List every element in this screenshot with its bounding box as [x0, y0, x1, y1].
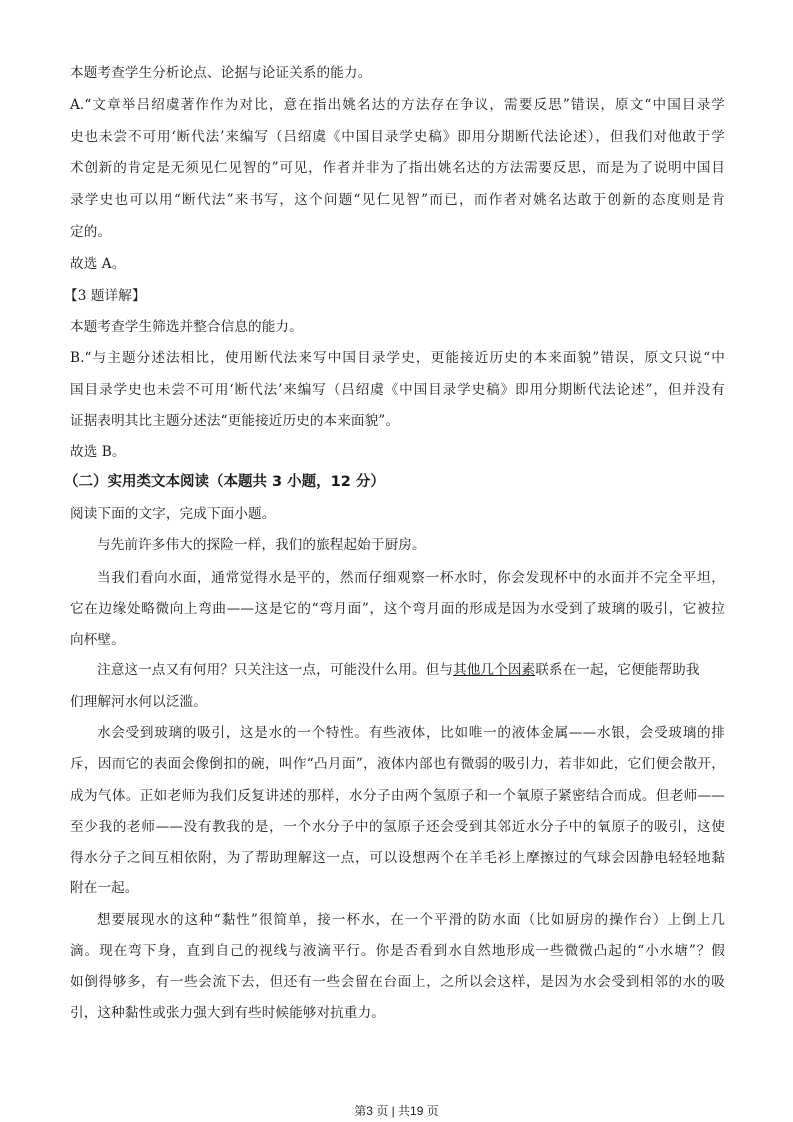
- instruction-text: 阅读下面的文字，完成下面小题。: [70, 505, 725, 523]
- text-line: 本题考查学生分析论点、论据与论证关系的能力。: [70, 64, 725, 82]
- passage-line: 注意这一点又有何用？只关注这一点，可能没什么用。但与其他几个因素联系在一起，它便…: [97, 661, 725, 679]
- text-line: 定的。: [70, 223, 725, 241]
- text-span: 联系在一起，它便能帮助我: [535, 662, 699, 678]
- passage-line: 它在边缘处略微向上弯曲——这是它的“弯月面”，这个弯月面的形成是因为水受到了玻璃…: [70, 600, 725, 618]
- passage-line: 得水分子之间互相依附，为了帮助理解这一点，可以设想两个在羊毛衫上摩擦过的气球会因…: [70, 849, 725, 867]
- passage-line: 滴。现在弯下身，直到自己的视线与液滴平行。你是否看到水自然地形成一些微微凸起的“…: [70, 942, 725, 960]
- passage-line: 附在一起。: [70, 879, 725, 897]
- passage-line: 引，这种黏性或张力强大到有些时候能够对抗重力。: [70, 1004, 725, 1022]
- text-line: B.“与主题分述法相比，使用断代法来写中国目录学史，更能接近历史的本来面貌”错误…: [70, 349, 725, 367]
- passage-line: 当我们看向水面，通常觉得水是平的，然而仔细观察一杯水时，你会发现杯中的水面并不完…: [97, 569, 725, 587]
- underlined-phrase: 其他几个因素: [453, 662, 535, 678]
- answer-line: 故选 A。: [70, 255, 725, 273]
- passage-line: 们理解河水何以泛滥。: [70, 693, 725, 711]
- text-line: A.“文章举吕绍虞著作作为对比，意在指出姚名达的方法存在争议，需要反思”错误，原…: [70, 96, 725, 114]
- text-line: 证据表明其比主题分述法“更能接近历史的本来面貌”。: [70, 412, 725, 430]
- page-number-footer: 第3 页 | 共19 页: [0, 1102, 793, 1119]
- question-detail-title: 【3 题详解】: [64, 287, 719, 305]
- answer-line: 故选 B。: [70, 443, 725, 461]
- passage-line: 成为气体。正如老师为我们反复讲述的那样，水分子由两个氢原子和一个氧原子紧密结合而…: [70, 787, 725, 805]
- passage-line: 如倒得够多，有一些会流下去，但还有一些会留在台面上，之所以会这样，是因为水会受到…: [70, 973, 725, 991]
- passage-paragraph-1: 与先前许多伟大的探险一样，我们的旅程起始于厨房。: [97, 536, 752, 554]
- document-page: 本题考查学生分析论点、论据与论证关系的能力。 A.“文章举吕绍虞著作作为对比，意…: [0, 0, 793, 1122]
- passage-line: 向杯壁。: [70, 631, 725, 649]
- section-heading: （二）实用类文本阅读（本题共 3 小题，12 分）: [64, 473, 385, 491]
- passage-line: 想要展现水的这种“黏性”很简单，接一杯水，在一个平滑的防水面（比如厨房的操作台）…: [97, 911, 725, 929]
- text-line: 本题考查学生筛选并整合信息的能力。: [70, 318, 725, 336]
- passage-line: 斥，因而它的表面会像倒扣的碗，叫作“凸月面”，液体内部也有微弱的吸引力，若非如此…: [70, 755, 725, 773]
- text-line: 国目录学史也未尝不可用‘断代法’来编写（吕绍虞《中国目录学史稿》即用分期断代法论…: [70, 381, 725, 399]
- passage-line: 水会受到玻璃的吸引，这是水的一个特性。有些液体，比如唯一的液体金属——水银，会受…: [97, 724, 725, 742]
- text-line: 录学史也可以用“断代法”来书写，这个问题“见仁见智”而已，而作者对姚名达敢于创新…: [70, 191, 725, 209]
- passage-line: 至少我的老师——没有教我的是，一个水分子中的氢原子还会受到其邻近水分子中的氧原子…: [70, 818, 725, 836]
- text-span: 注意这一点又有何用？只关注这一点，可能没什么用。但与: [97, 662, 453, 678]
- text-line: 史也未尝不可用‘断代法’来编写（吕绍虞《中国目录学史稿》即用分期断代法论述），但…: [70, 128, 725, 146]
- text-line: 术创新的肯定是无须见仁见智的”可见，作者并非为了指出姚名达的方法需要反思，而是为…: [70, 159, 725, 177]
